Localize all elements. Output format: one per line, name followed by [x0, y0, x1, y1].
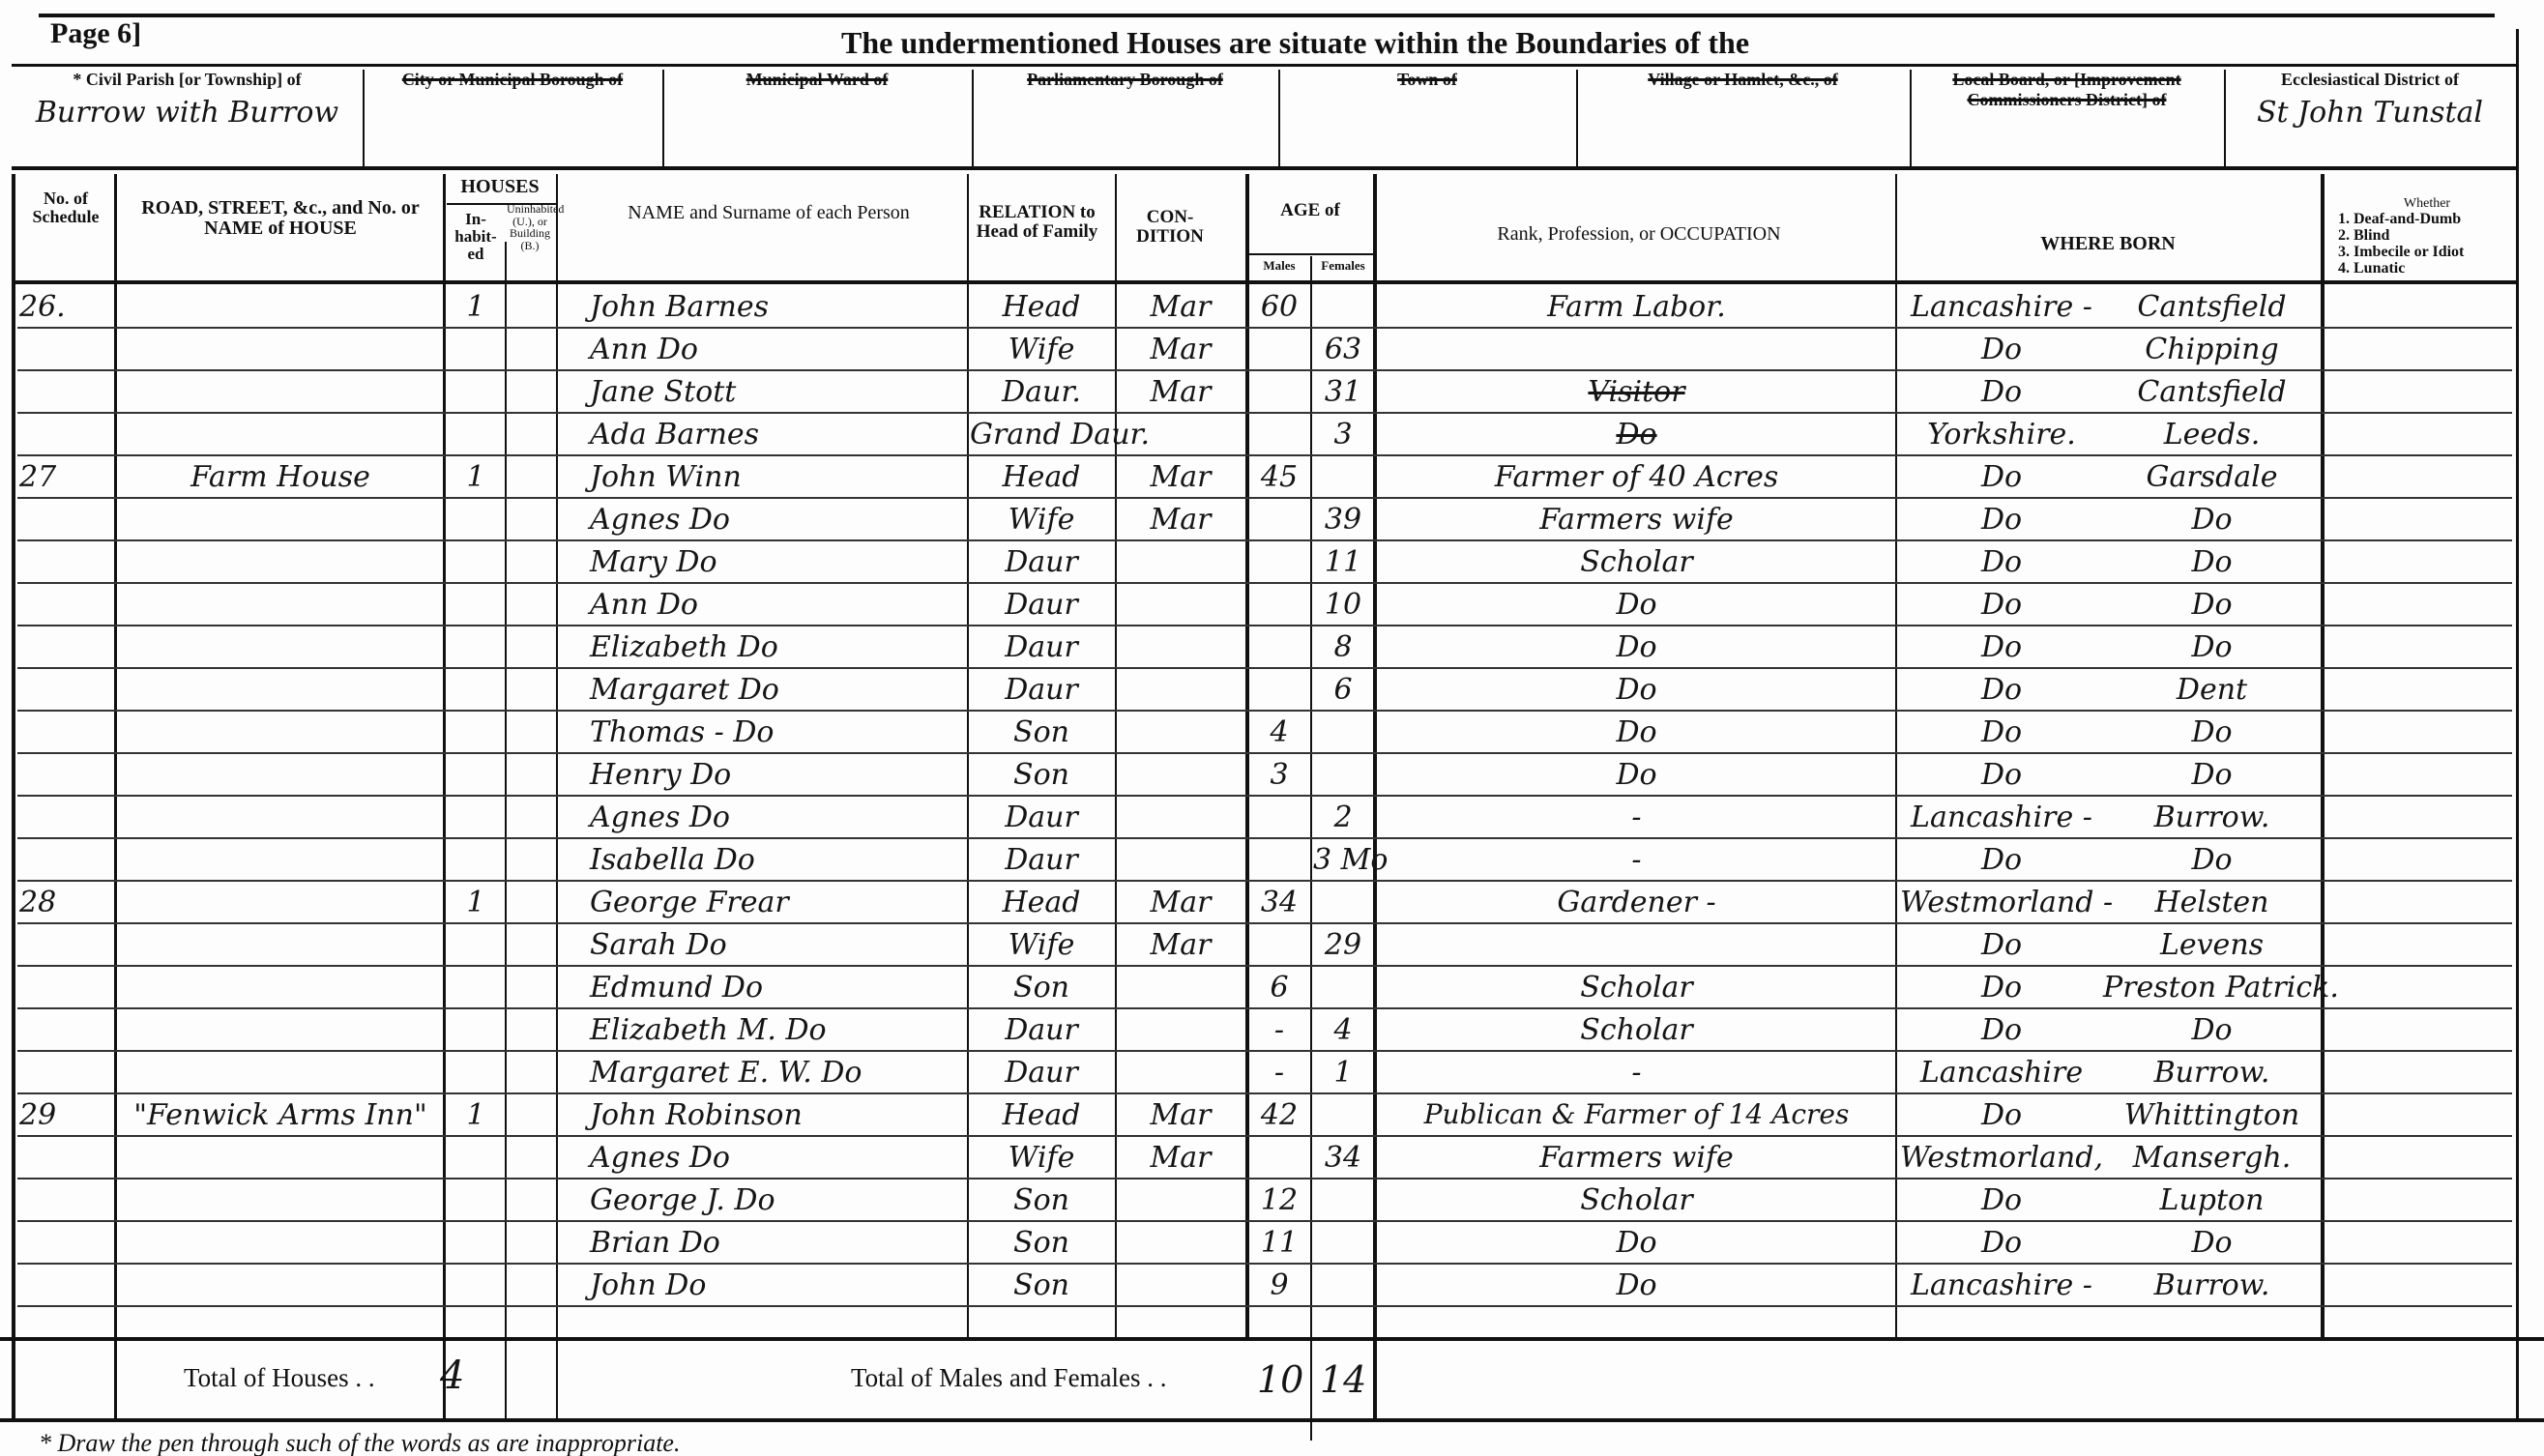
table-row: Ada BarnesGrand Daur.3DoYorkshire.Leeds.: [0, 416, 2544, 458]
table-row: 29"Fenwick Arms Inn"1John RobinsonHeadMa…: [0, 1096, 2544, 1139]
row-name: John Do: [590, 1268, 967, 1302]
row-male-age: 60: [1249, 290, 1309, 324]
boundary-cell: City or Municipal Borough of: [363, 70, 662, 166]
header-where-born: WHERE BORN: [1895, 234, 2321, 254]
row-occupation: Farm Labor.: [1378, 290, 1895, 324]
banner-title: The undermentioned Houses are situate wi…: [841, 25, 1749, 61]
row-relation: Daur: [970, 1056, 1113, 1090]
boundary-label: Local Board, or [Improvement Commissione…: [1910, 70, 2224, 110]
header-females: Females: [1313, 259, 1373, 273]
total-females-value: 14: [1320, 1358, 1366, 1401]
row-born-county: Do: [1900, 1013, 2103, 1047]
row-relation: Son: [970, 1268, 1113, 1302]
header-uninhabited: Uninhabited (U.), or Building (B.): [507, 203, 553, 251]
row-born-place: Do: [2103, 758, 2321, 792]
row-occupation: Scholar: [1378, 1013, 1895, 1047]
boundary-cell: Village or Hamlet, &c., of: [1576, 70, 1910, 166]
row-occupation: Do: [1378, 630, 1895, 664]
row-name: Isabella Do: [590, 843, 967, 877]
boundary-label: Town of: [1278, 70, 1576, 90]
row-rule: [17, 369, 2512, 371]
row-born-county: Do: [1900, 928, 2103, 962]
header-inhabited: In-habit-ed: [447, 211, 505, 263]
row-occupation: Scholar: [1378, 1183, 1895, 1217]
row-female-age: 34: [1313, 1141, 1373, 1175]
table-row: Jane StottDaur.Mar31VisitorDoCantsfield: [0, 373, 2544, 416]
row-born-place: Burrow.: [2103, 1268, 2321, 1302]
row-male-age: 11: [1249, 1226, 1309, 1260]
row-born-county: Do: [1900, 1183, 2103, 1217]
row-female-age: 2: [1313, 801, 1373, 834]
row-born-county: Do: [1900, 971, 2103, 1005]
table-row: Agnes DoWifeMar34Farmers wifeWestmorland…: [0, 1139, 2544, 1181]
row-relation: Daur: [970, 630, 1113, 664]
row-inhabited: 1: [447, 290, 505, 324]
row-rule: [17, 582, 2512, 584]
row-name: Agnes Do: [590, 1141, 967, 1175]
whether-item: 4. Lunatic: [2338, 260, 2464, 277]
row-rule: [17, 539, 2512, 541]
row-born-county: Do: [1900, 1098, 2103, 1132]
table-row: Brian DoSon11DoDoDo: [0, 1224, 2544, 1267]
row-born-county: Do: [1900, 503, 2103, 537]
row-condition: Mar: [1119, 375, 1243, 409]
row-schedule: 29: [19, 1098, 111, 1132]
boundary-cell: Municipal Ward of: [662, 70, 972, 166]
total-houses-value: 4: [440, 1354, 464, 1398]
row-condition: Mar: [1119, 886, 1243, 919]
row-relation: Daur: [970, 801, 1113, 834]
row-female-age: 63: [1313, 333, 1373, 366]
row-relation: Daur.: [970, 375, 1113, 409]
row-born-county: Westmorland -: [1900, 886, 2103, 919]
row-born-county: Do: [1900, 758, 2103, 792]
row-occupation: -: [1378, 1056, 1895, 1090]
table-row: Agnes DoWifeMar39Farmers wifeDoDo: [0, 501, 2544, 543]
boundary-value: Burrow with Burrow: [12, 96, 363, 130]
row-schedule: 28: [19, 886, 111, 919]
row-born-county: Do: [1900, 630, 2103, 664]
row-name: Agnes Do: [590, 503, 967, 537]
age-subrule: [1247, 253, 1373, 255]
row-rule: [17, 454, 2512, 456]
row-born-county: Do: [1900, 588, 2103, 622]
row-relation: Daur: [970, 588, 1113, 622]
boundary-divider: [972, 70, 974, 166]
row-rule: [17, 1092, 2512, 1094]
totals-top-border: [0, 1337, 2544, 1341]
row-occupation: Do: [1378, 1268, 1895, 1302]
row-male-age: 12: [1249, 1183, 1309, 1217]
row-male-age: 45: [1249, 460, 1309, 494]
row-occupation: Do: [1378, 715, 1895, 749]
row-name: Edmund Do: [590, 971, 967, 1005]
page-label: Page 6]: [50, 17, 141, 50]
boundary-divider: [1576, 70, 1578, 166]
boundary-cell: Town of: [1278, 70, 1576, 166]
row-occupation: Scholar: [1378, 545, 1895, 579]
row-born-county: Lancashire: [1900, 1056, 2103, 1090]
header-relation: RELATION to Head of Family: [967, 203, 1107, 242]
row-name: Brian Do: [590, 1226, 967, 1260]
row-relation: Son: [970, 758, 1113, 792]
row-rule: [17, 1178, 2512, 1179]
row-name: Sarah Do: [590, 928, 967, 962]
row-rule: [17, 837, 2512, 839]
boundaries-divider: [12, 166, 2516, 170]
row-born-place: Do: [2103, 715, 2321, 749]
boundary-cell: * Civil Parish [or Township] ofBurrow wi…: [12, 70, 363, 166]
table-row: Isabella DoDaur3 Mo-DoDo: [0, 841, 2544, 884]
header-name: NAME and Surname of each Person: [570, 203, 967, 223]
row-born-place: Burrow.: [2103, 801, 2321, 834]
boundary-value: St John Tunstal: [2224, 96, 2516, 130]
whether-item: 2. Blind: [2338, 227, 2464, 244]
row-born-place: Dent: [2103, 673, 2321, 707]
row-born-place: Do: [2103, 503, 2321, 537]
row-occupation: -: [1378, 801, 1895, 834]
row-relation: Wife: [970, 333, 1113, 366]
row-rule: [17, 795, 2512, 797]
row-relation: Head: [970, 1098, 1113, 1132]
boundary-cell: Ecclesiastical District ofSt John Tunsta…: [2224, 70, 2516, 166]
row-inhabited: 1: [447, 460, 505, 494]
row-relation: Grand Daur.: [970, 418, 1113, 451]
census-page: Page 6] The undermentioned Houses are si…: [0, 0, 2544, 1456]
row-rule: [17, 625, 2512, 626]
table-row: 26.1John BarnesHeadMar60Farm Labor.Lanca…: [0, 288, 2544, 331]
row-name: John Winn: [590, 460, 967, 494]
row-born-county: Do: [1900, 375, 2103, 409]
boundary-divider: [662, 70, 664, 166]
row-born-place: Helsten: [2103, 886, 2321, 919]
row-condition: Mar: [1119, 928, 1243, 962]
header-whether: Whether: [2340, 196, 2514, 212]
row-rule: [17, 752, 2512, 754]
table-row: 27Farm House1John WinnHeadMar45Farmer of…: [0, 458, 2544, 501]
banner-divider: [12, 64, 2516, 67]
row-male-age: 9: [1249, 1268, 1309, 1302]
row-born-county: Lancashire -: [1900, 290, 2103, 324]
row-rule: [17, 497, 2512, 499]
row-schedule: 27: [19, 460, 111, 494]
row-born-place: Garsdale: [2103, 460, 2321, 494]
row-female-age: 1: [1313, 1056, 1373, 1090]
row-born-place: Do: [2103, 630, 2321, 664]
row-name: Thomas - Do: [590, 715, 967, 749]
header-whether-list: 1. Deaf-and-Dumb2. Blind3. Imbecile or I…: [2338, 211, 2464, 277]
row-rule: [17, 1263, 2512, 1265]
row-born-place: Leeds.: [2103, 418, 2321, 451]
row-occupation: Scholar: [1378, 971, 1895, 1005]
row-occupation: Visitor: [1378, 375, 1895, 409]
table-row: Ann DoDaur10DoDoDo: [0, 586, 2544, 628]
total-males-value: 10: [1257, 1358, 1303, 1401]
row-born-place: Preston Patrick.: [2103, 971, 2321, 1005]
row-rule: [17, 1007, 2512, 1009]
row-occupation: Publican & Farmer of 14 Acres: [1378, 1098, 1895, 1130]
header-males: Males: [1249, 259, 1309, 273]
row-occupation: Farmers wife: [1378, 503, 1895, 537]
row-name: Margaret Do: [590, 673, 967, 707]
row-born-county: Do: [1900, 715, 2103, 749]
header-houses: HOUSES: [447, 177, 553, 197]
top-border: [39, 14, 2495, 17]
row-born-place: Do: [2103, 545, 2321, 579]
row-name: Ann Do: [590, 588, 967, 622]
table-row: Henry DoSon3DoDoDo: [0, 756, 2544, 799]
row-relation: Son: [970, 1183, 1113, 1217]
boundary-cell: Local Board, or [Improvement Commissione…: [1910, 70, 2224, 166]
row-relation: Daur: [970, 843, 1113, 877]
whether-item: 1. Deaf-and-Dumb: [2338, 211, 2464, 227]
table-row: 281George FrearHeadMar34Gardener -Westmo…: [0, 884, 2544, 926]
table-row: Elizabeth DoDaur8DoDoDo: [0, 628, 2544, 671]
row-relation: Wife: [970, 503, 1113, 537]
row-born-county: Yorkshire.: [1900, 418, 2103, 451]
totals-bottom-border: [0, 1418, 2544, 1422]
boundary-label: Ecclesiastical District of: [2224, 70, 2516, 90]
row-name: Margaret E. W. Do: [590, 1056, 967, 1090]
table-row: George J. DoSon12ScholarDoLupton: [0, 1181, 2544, 1224]
boundary-label: City or Municipal Borough of: [363, 70, 662, 90]
boundary-divider: [363, 70, 365, 166]
row-male-age: 6: [1249, 971, 1309, 1005]
table-row: Ann DoWifeMar63DoChipping: [0, 331, 2544, 373]
row-born-place: Do: [2103, 843, 2321, 877]
row-born-county: Westmorland,: [1900, 1141, 2103, 1175]
row-occupation: Gardener -: [1378, 886, 1895, 919]
boundary-divider: [2224, 70, 2226, 166]
row-road: "Fenwick Arms Inn": [121, 1098, 440, 1132]
row-inhabited: 1: [447, 1098, 505, 1132]
row-condition: Mar: [1119, 460, 1243, 494]
row-female-age: 29: [1313, 928, 1373, 962]
row-name: Elizabeth Do: [590, 630, 967, 664]
row-born-place: Do: [2103, 1226, 2321, 1260]
row-occupation: Do: [1378, 1226, 1895, 1260]
row-rule: [17, 1305, 2512, 1307]
row-female-age: 11: [1313, 545, 1373, 579]
row-schedule: 26.: [19, 290, 111, 324]
row-born-place: Do: [2103, 1013, 2321, 1047]
row-name: George Frear: [590, 886, 967, 919]
table-row: Margaret E. W. DoDaur-1-LancashireBurrow…: [0, 1054, 2544, 1096]
row-born-place: Cantsfield: [2103, 290, 2321, 324]
header-schedule: No. of Schedule: [17, 189, 114, 226]
row-born-place: Levens: [2103, 928, 2321, 962]
row-female-age: 10: [1313, 588, 1373, 622]
row-rule: [17, 327, 2512, 329]
boundary-label: Village or Hamlet, &c., of: [1576, 70, 1910, 90]
footnote: * Draw the pen through such of the words…: [39, 1429, 680, 1456]
boundary-divider: [1910, 70, 1912, 166]
row-condition: Mar: [1119, 333, 1243, 366]
row-occupation: Farmer of 40 Acres: [1378, 460, 1895, 494]
whether-item: 3. Imbecile or Idiot: [2338, 244, 2464, 260]
table-row: Thomas - DoSon4DoDoDo: [0, 713, 2544, 756]
row-rule: [17, 922, 2512, 924]
row-relation: Wife: [970, 928, 1113, 962]
row-female-age: 3: [1313, 418, 1373, 451]
row-rule: [17, 965, 2512, 967]
total-persons-label: Total of Males and Females . .: [851, 1363, 1167, 1393]
row-born-county: Lancashire -: [1900, 1268, 2103, 1302]
row-name: Mary Do: [590, 545, 967, 579]
row-born-place: Chipping: [2103, 333, 2321, 366]
row-occupation: Farmers wife: [1378, 1141, 1895, 1175]
row-male-age: 42: [1249, 1098, 1309, 1132]
row-born-county: Do: [1900, 843, 2103, 877]
row-male-age: 34: [1249, 886, 1309, 919]
total-houses-label: Total of Houses . .: [184, 1363, 375, 1393]
row-name: Henry Do: [590, 758, 967, 792]
row-female-age: 6: [1313, 673, 1373, 707]
row-female-age: 31: [1313, 375, 1373, 409]
boundary-divider: [1278, 70, 1280, 166]
row-born-place: Whittington: [2103, 1098, 2321, 1132]
table-row: Elizabeth M. DoDaur-4ScholarDoDo: [0, 1011, 2544, 1054]
row-name: Elizabeth M. Do: [590, 1013, 967, 1047]
row-name: Ada Barnes: [590, 418, 967, 451]
row-occupation: Do: [1378, 588, 1895, 622]
row-born-place: Burrow.: [2103, 1056, 2321, 1090]
row-rule: [17, 710, 2512, 712]
row-occupation: Do: [1378, 758, 1895, 792]
row-female-age: 3 Mo: [1313, 843, 1373, 877]
houses-subrule: [447, 203, 556, 205]
boundary-label: * Civil Parish [or Township] of: [12, 70, 363, 90]
row-occupation: Do: [1378, 418, 1895, 451]
row-rule: [17, 1220, 2512, 1222]
row-born-county: Lancashire -: [1900, 801, 2103, 834]
row-born-county: Do: [1900, 673, 2103, 707]
row-road: Farm House: [121, 460, 440, 494]
row-occupation: -: [1378, 843, 1895, 877]
row-relation: Head: [970, 460, 1113, 494]
row-born-county: Do: [1900, 545, 2103, 579]
row-female-age: 39: [1313, 503, 1373, 537]
row-relation: Son: [970, 1226, 1113, 1260]
row-male-age: -: [1249, 1013, 1309, 1047]
row-inhabited: 1: [447, 886, 505, 919]
row-born-county: Do: [1900, 333, 2103, 366]
row-name: John Barnes: [590, 290, 967, 324]
row-name: Ann Do: [590, 333, 967, 366]
row-born-place: Cantsfield: [2103, 375, 2321, 409]
row-relation: Son: [970, 715, 1113, 749]
header-occupation: Rank, Profession, or OCCUPATION: [1383, 224, 1895, 245]
boundary-cell: Parliamentary Borough of: [972, 70, 1278, 166]
row-relation: Head: [970, 290, 1113, 324]
row-condition: Mar: [1119, 290, 1243, 324]
row-relation: Wife: [970, 1141, 1113, 1175]
table-row: Mary DoDaur11ScholarDoDo: [0, 543, 2544, 586]
row-occupation: Do: [1378, 673, 1895, 707]
header-age: AGE of: [1247, 201, 1373, 220]
row-rule: [17, 412, 2512, 414]
header-road: ROAD, STREET, &c., and No. or NAME of HO…: [121, 198, 440, 239]
row-condition: Mar: [1119, 1141, 1243, 1175]
row-condition: Mar: [1119, 1098, 1243, 1132]
row-condition: Mar: [1119, 503, 1243, 537]
header-divider: [12, 280, 2516, 284]
row-relation: Daur: [970, 1013, 1113, 1047]
row-born-county: Do: [1900, 460, 2103, 494]
table-row: Edmund DoSon6ScholarDoPreston Patrick.: [0, 969, 2544, 1011]
row-female-age: 8: [1313, 630, 1373, 664]
boundary-label: Municipal Ward of: [662, 70, 972, 90]
row-name: George J. Do: [590, 1183, 967, 1217]
row-name: Agnes Do: [590, 801, 967, 834]
row-rule: [17, 667, 2512, 669]
header-condition: CON-DITION: [1117, 208, 1223, 247]
row-rule: [17, 1135, 2512, 1137]
table-row: Agnes DoDaur2-Lancashire -Burrow.: [0, 799, 2544, 841]
row-male-age: -: [1249, 1056, 1309, 1090]
boundary-label: Parliamentary Borough of: [972, 70, 1278, 90]
row-name: John Robinson: [590, 1098, 967, 1132]
row-name: Jane Stott: [590, 375, 967, 409]
row-female-age: 4: [1313, 1013, 1373, 1047]
row-relation: Son: [970, 971, 1113, 1005]
row-relation: Daur: [970, 545, 1113, 579]
row-male-age: 3: [1249, 758, 1309, 792]
table-row: Margaret DoDaur6DoDoDent: [0, 671, 2544, 713]
row-male-age: 4: [1249, 715, 1309, 749]
row-born-place: Mansergh.: [2103, 1141, 2321, 1175]
table-row: Sarah DoWifeMar29DoLevens: [0, 926, 2544, 969]
table-row: John DoSon9DoLancashire -Burrow.: [0, 1267, 2544, 1309]
row-relation: Daur: [970, 673, 1113, 707]
row-relation: Head: [970, 886, 1113, 919]
row-born-county: Do: [1900, 1226, 2103, 1260]
row-born-place: Lupton: [2103, 1183, 2321, 1217]
row-rule: [17, 880, 2512, 882]
row-born-place: Do: [2103, 588, 2321, 622]
row-rule: [17, 1050, 2512, 1052]
